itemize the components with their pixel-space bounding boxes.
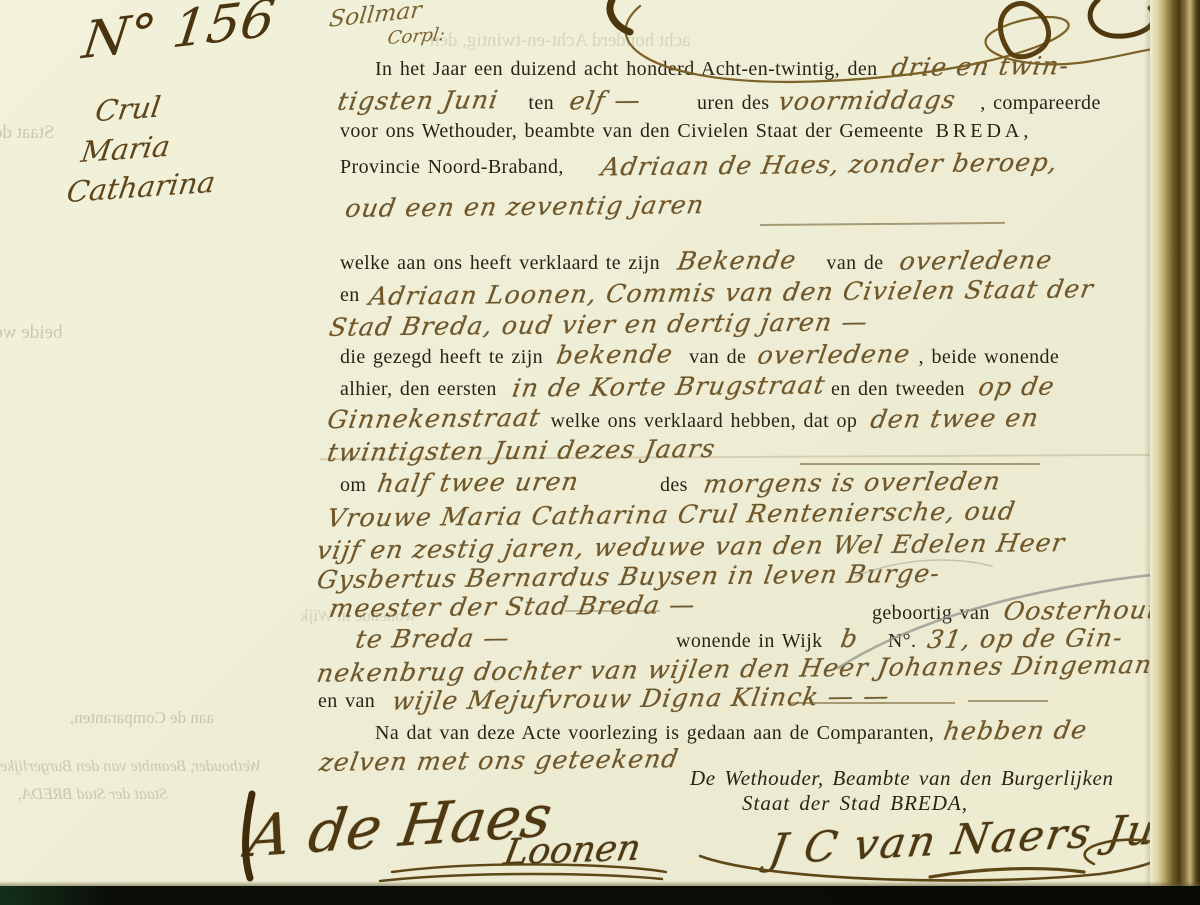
body-line-5: oud een en zeventig jaren bbox=[346, 192, 704, 221]
body-line-10: alhier, den eersten in de Korte Brugstra… bbox=[340, 372, 1055, 401]
book-page-edge bbox=[1150, 0, 1200, 905]
body-line-9: die gezegd heeft te zijn bekende van de … bbox=[340, 340, 1059, 369]
scan-bottom-border bbox=[0, 886, 1200, 905]
handwritten-house-number: 31, op de Gin- bbox=[926, 623, 1126, 654]
printed-text: , compareerde bbox=[980, 92, 1100, 114]
printed-text: des bbox=[660, 474, 688, 496]
ink-rule bbox=[760, 222, 1005, 226]
handwritten-daypart: voormiddags bbox=[777, 85, 959, 116]
bleed-through-text: Staat der Gemeente BREDA, bbox=[0, 122, 55, 144]
printed-text: Provincie Noord-Braband, bbox=[340, 156, 564, 178]
handwritten-date-month: tigsten Juni bbox=[335, 85, 500, 116]
closing-title-line2: Staat der Stad BREDA, bbox=[742, 791, 968, 816]
bleed-through-text: aan de Comparanten, bbox=[70, 708, 214, 728]
body-line-13a: om half twee uren bbox=[340, 468, 579, 497]
body-line-13b: des morgens is overleden bbox=[660, 468, 1001, 497]
handwritten-relation: Bekende bbox=[675, 245, 798, 275]
printed-text: van de bbox=[826, 252, 883, 274]
handwritten-declarant1-age: oud een en zeventig jaren bbox=[343, 190, 707, 223]
margin-middlename: Catharina bbox=[65, 165, 218, 209]
printed-city-name: BREDA, bbox=[936, 120, 1033, 142]
handwritten-declarant2-age: Stad Breda, oud vier en dertig jaren — bbox=[327, 307, 870, 342]
printed-text: Na dat van deze Acte voorlezing is gedaa… bbox=[375, 722, 934, 744]
scanned-death-record-page: compareerde Staat der Gemeente BREDA, be… bbox=[0, 0, 1200, 905]
bleed-through-text: acht honderd Acht-en-twintig, den bbox=[430, 30, 691, 52]
margin-surname: Crul bbox=[93, 90, 163, 128]
margin-firstname: Maria bbox=[79, 129, 172, 169]
handwritten-closing-phrase: zelven met ons geteekend bbox=[317, 744, 681, 777]
body-line-1: In het Jaar een duizend acht honderd Ach… bbox=[375, 52, 1069, 81]
body-line-21: Na dat van deze Acte voorlezing is gedaa… bbox=[375, 716, 1088, 745]
body-line-6: welke aan ons heeft verklaard te zijn Be… bbox=[340, 246, 1052, 275]
printed-text: om bbox=[340, 474, 366, 496]
handwritten-relation: bekende bbox=[555, 339, 676, 369]
body-line-15: vijf en zestig jaren, weduwe van den Wel… bbox=[318, 532, 1064, 561]
printed-text: voor ons Wethouder, beambte van den Civi… bbox=[340, 120, 924, 142]
handwritten-word: op de bbox=[976, 372, 1057, 402]
handwritten-deceased-age: vijf en zestig jaren, weduwe van den Wel… bbox=[315, 528, 1068, 565]
body-line-2: tigsten Juni ten elf — uren des voormidd… bbox=[338, 86, 1101, 115]
body-line-12: twintigsten Juni dezes Jaars bbox=[328, 436, 715, 465]
bleed-through-text: Staat der Stad BREDA, bbox=[18, 786, 167, 804]
printed-text: en bbox=[340, 284, 360, 306]
signature-declarant2: Loonen bbox=[501, 828, 644, 874]
act-number: N° 156 bbox=[79, 0, 278, 71]
body-line-16: Gysbertus Bernardus Buysen in leven Burg… bbox=[318, 562, 940, 591]
handwritten-death-date: den twee en bbox=[869, 403, 1042, 434]
handwritten-deceased-name: Vrouwe Maria Catharina Crul Renteniersch… bbox=[325, 496, 1018, 532]
body-line-4: Provincie Noord-Braband, Adriaan de Haes… bbox=[340, 150, 1057, 179]
handwritten-hour: elf — bbox=[568, 86, 644, 116]
ink-rule bbox=[968, 700, 1048, 702]
printed-text: en van bbox=[318, 690, 375, 712]
body-line-22: zelven met ons geteekend bbox=[320, 746, 679, 775]
body-line-11: Ginnekenstraat welke ons verklaard hebbe… bbox=[328, 404, 1039, 433]
handwritten-word: hebben de bbox=[942, 715, 1090, 745]
ink-rule bbox=[790, 702, 955, 704]
printed-text: uren des bbox=[697, 92, 769, 114]
handwritten-declarant1-name: Adriaan de Haes, zonder beroep, bbox=[599, 148, 1060, 182]
handwritten-date-day: drie en twin- bbox=[889, 51, 1071, 82]
printed-text: , beide wonende bbox=[919, 346, 1060, 368]
printed-text: en den tweeden bbox=[831, 378, 965, 400]
bleed-through-text: beide wonende bbox=[0, 322, 62, 344]
handwritten-death-daypart: morgens is overleden bbox=[701, 466, 1003, 498]
handwritten-district-letter: b bbox=[838, 624, 860, 653]
body-line-17b: geboortig van Oosterhout bbox=[872, 596, 1158, 625]
body-line-20: en van wijle Mejufvrouw Digna Klinck — — bbox=[318, 684, 890, 713]
printed-text: geboortig van bbox=[872, 602, 990, 624]
handwritten-address2: Ginnekenstraat bbox=[325, 403, 543, 434]
printed-text: van de bbox=[689, 346, 746, 368]
handwritten-death-hour: half twee uren bbox=[376, 467, 582, 498]
handwritten-declarant2-name: Adriaan Loonen, Commis van den Civielen … bbox=[367, 274, 1096, 311]
bleed-through-text: Wethouder, Beambte van den Burgerlijken bbox=[0, 758, 261, 776]
body-line-7: en Adriaan Loonen, Commis van den Civiel… bbox=[340, 278, 1093, 307]
body-line-18a: te Breda — bbox=[356, 624, 510, 653]
body-line-19: nekenbrug dochter van wijlen den Heer Jo… bbox=[318, 654, 1200, 683]
printed-text: wonende in Wijk bbox=[676, 630, 823, 652]
body-line-14: Vrouwe Maria Catharina Crul Renteniersch… bbox=[328, 500, 1015, 529]
top-note-line2: Corpl: bbox=[386, 24, 446, 49]
closing-title-line1: De Wethouder, Beambte van den Burgerlijk… bbox=[690, 766, 1114, 791]
handwritten-mother-name: wijle Mejufvrouw Digna Klinck — — bbox=[390, 681, 892, 715]
handwritten-death-date2: twintigsten Juni dezes Jaars bbox=[325, 434, 718, 467]
handwritten-residence-city: te Breda — bbox=[353, 623, 512, 654]
handwritten-birthplace: Oosterhout bbox=[1001, 595, 1161, 626]
printed-text: welke aan ons heeft verklaard te zijn bbox=[340, 252, 660, 274]
printed-text: In het Jaar een duizend acht honderd Ach… bbox=[375, 58, 878, 80]
body-line-8: Stad Breda, oud vier en dertig jaren — bbox=[330, 310, 868, 339]
printed-text: ten bbox=[528, 92, 554, 114]
body-line-3: voor ons Wethouder, beambte van den Civi… bbox=[340, 120, 1032, 143]
handwritten-spouse-name: Gysbertus Bernardus Buysen in leven Burg… bbox=[315, 559, 943, 595]
body-line-17a: meester der Stad Breda — bbox=[330, 592, 695, 621]
ink-rule bbox=[565, 610, 660, 612]
body-line-18b: wonende in Wijk b N°. 31, op de Gin- bbox=[676, 624, 1123, 653]
handwritten-word: overledene bbox=[897, 245, 1054, 276]
ink-rule bbox=[800, 463, 1040, 465]
printed-text: welke ons verklaard hebben, dat op bbox=[551, 410, 858, 432]
printed-text: die gezegd heeft te zijn bbox=[340, 346, 543, 368]
handwritten-address1: in de Korte Brugstraat bbox=[510, 370, 827, 402]
handwritten-word: overledene bbox=[756, 339, 913, 370]
printed-text: alhier, den eersten bbox=[340, 378, 497, 400]
handwritten-spouse-title: meester der Stad Breda — bbox=[327, 590, 698, 623]
printed-text: N°. bbox=[888, 630, 917, 652]
